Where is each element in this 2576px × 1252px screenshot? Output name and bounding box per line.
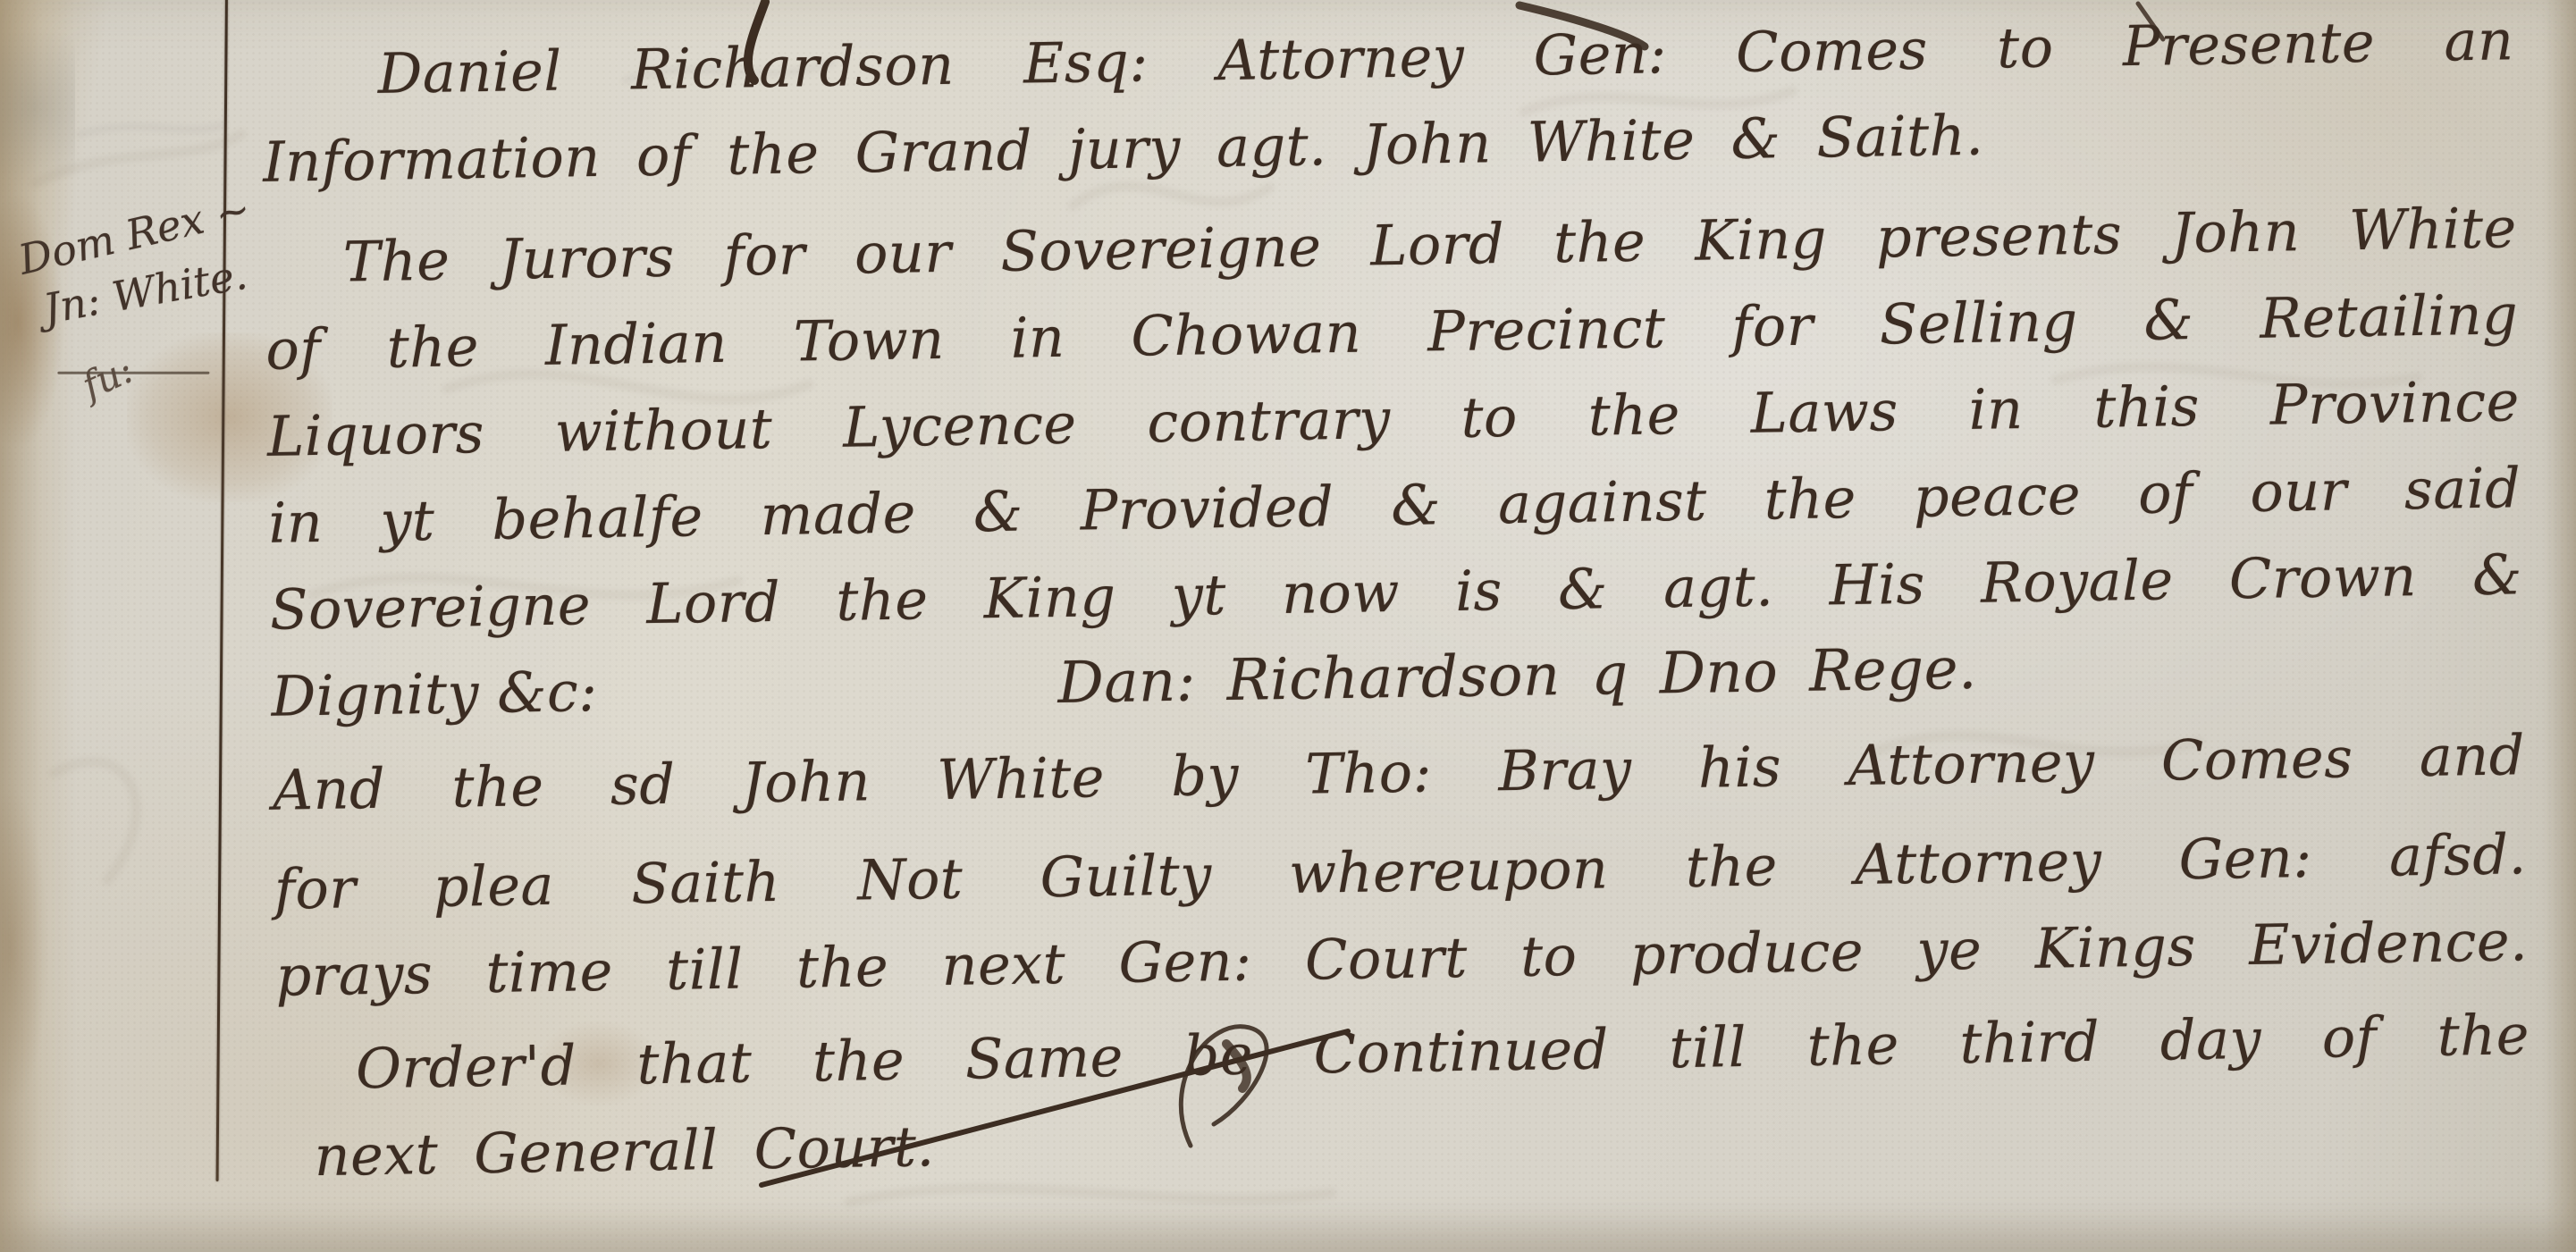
manuscript-page: Dom Rex ~ Jn: White. fu: Daniel Richards…	[0, 0, 2576, 1252]
margin-pen-mark: fu:	[75, 348, 139, 408]
manuscript-body: Daniel Richardson Esq: Attorney Gen: Com…	[261, 0, 2531, 1200]
manuscript-line-text: Dignity &c:	[271, 659, 598, 729]
attorney-signature: Dan: Richardson q Dno Rege.	[1057, 626, 1978, 727]
margin-note: Dom Rex ~ Jn: White.	[13, 179, 270, 347]
left-page-edge	[0, 0, 75, 1252]
margin-rule-line	[216, 0, 228, 1181]
right-page-edge	[2544, 0, 2576, 1252]
